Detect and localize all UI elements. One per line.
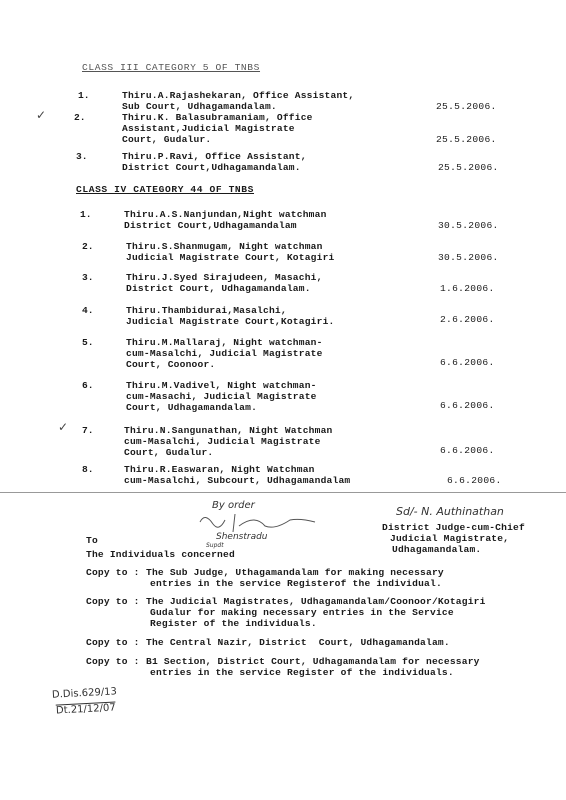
copy-to-text-line: entries in the service Registerof the in… bbox=[150, 578, 442, 589]
copy-to-label: Copy to : bbox=[86, 637, 140, 648]
entry-text-line: cum-Masalchi, Judicial Magistrate bbox=[126, 348, 323, 359]
entry-number: 2. bbox=[82, 241, 94, 252]
entry-text-line: Thiru.M.Mallaraj, Night watchman- bbox=[126, 337, 323, 348]
copy-to-text-line: B1 Section, District Court, Udhagamandal… bbox=[146, 656, 480, 667]
entry-date: 6.6.2006. bbox=[447, 475, 502, 486]
entry-text-line: Thiru.J.Syed Sirajudeen, Masachi, bbox=[126, 272, 323, 283]
entry-text-line: Judicial Magistrate Court, Kotagiri bbox=[126, 252, 335, 263]
entry-number: 1. bbox=[78, 90, 90, 101]
designation-line: Judicial Magistrate, bbox=[390, 533, 509, 544]
entry-number: 5. bbox=[82, 337, 94, 348]
divider-line bbox=[0, 492, 566, 493]
entry-text-line: Court, Udhagamandalam. bbox=[126, 402, 257, 413]
section-heading-class-iv: CLASS IV CATEGORY 44 OF TNBS bbox=[76, 184, 254, 195]
entry-text-line: Thiru.K. Balasubramaniam, Office bbox=[122, 112, 313, 123]
entry-number: 7. bbox=[82, 425, 94, 436]
copy-to-label: Copy to : bbox=[86, 656, 140, 667]
entry-number: 8. bbox=[82, 464, 94, 475]
entry-date: 6.6.2006. bbox=[440, 357, 495, 368]
entry-number: 6. bbox=[82, 380, 94, 391]
entry-text-line: Sub Court, Udhagamandalam. bbox=[122, 101, 277, 112]
entry-date: 25.5.2006. bbox=[436, 134, 497, 145]
entry-text-line: Assistant,Judicial Magistrate bbox=[122, 123, 295, 134]
entry-text-line: Thiru.A.S.Nanjundan,Night watchman bbox=[124, 209, 327, 220]
recipient: The Individuals concerned bbox=[86, 549, 235, 560]
entry-text-line: Thiru.A.Rajashekaran, Office Assistant, bbox=[122, 90, 354, 101]
entry-text-line: cum-Masachi, Judicial Magistrate bbox=[126, 391, 317, 402]
entry-text-line: Thiru.S.Shanmugam, Night watchman bbox=[126, 241, 323, 252]
signature-scribble-icon bbox=[195, 510, 325, 534]
check-mark-icon: ✓ bbox=[36, 108, 46, 122]
copy-to-text-line: Gudalur for making necessary entries in … bbox=[150, 607, 454, 618]
entry-text-line: Court, Coonoor. bbox=[126, 359, 215, 370]
entry-number: 2. bbox=[74, 112, 86, 123]
handwritten-reference-number: D.Dis.629/13 bbox=[52, 686, 117, 700]
entry-date: 25.5.2006. bbox=[438, 162, 499, 173]
entry-text-line: Thiru.Thambidurai,Masalchi, bbox=[126, 305, 287, 316]
copy-to-text-line: The Sub Judge, Uthagamandalam for making… bbox=[146, 567, 444, 578]
entry-date: 6.6.2006. bbox=[440, 445, 495, 456]
entry-number: 4. bbox=[82, 305, 94, 316]
designation-line: Udhagamandalam. bbox=[392, 544, 481, 555]
entry-date: 30.5.2006. bbox=[438, 252, 499, 263]
entry-date: 25.5.2006. bbox=[436, 101, 497, 112]
entry-number: 1. bbox=[80, 209, 92, 220]
entry-date: 6.6.2006. bbox=[440, 400, 495, 411]
entry-text-line: District Court,Udhagamandalam. bbox=[122, 162, 301, 173]
handwritten-reference-date: Dt.21/12/07 bbox=[56, 702, 116, 716]
entry-date: 1.6.2006. bbox=[440, 283, 495, 294]
entry-text-line: District Court, Udhagamandalam. bbox=[126, 283, 311, 294]
entry-number: 3. bbox=[82, 272, 94, 283]
signed-by-handwriting: Sd/- N. Authinathan bbox=[396, 505, 504, 518]
copy-to-text-line: entries in the service Register of the i… bbox=[150, 667, 454, 678]
copy-to-text-line: Register of the individuals. bbox=[150, 618, 317, 629]
entry-date: 2.6.2006. bbox=[440, 314, 495, 325]
entry-text-line: Thiru.R.Easwaran, Night Watchman bbox=[124, 464, 315, 475]
designation-line: District Judge-cum-Chief bbox=[382, 522, 525, 533]
entry-text-line: cum-Masalchi, Subcourt, Udhagamandalam bbox=[124, 475, 350, 486]
copy-to-label: Copy to : bbox=[86, 596, 140, 607]
document-page: CLASS III CATEGORY 5 OF TNBS 1.Thiru.A.R… bbox=[0, 0, 566, 800]
copy-to-text-line: The Central Nazir, District Court, Udhag… bbox=[146, 637, 450, 648]
entry-date: 30.5.2006. bbox=[438, 220, 499, 231]
section-heading-class-iii: CLASS III CATEGORY 5 OF TNBS bbox=[82, 62, 260, 73]
copy-to-text-line: The Judicial Magistrates, Udhagamandalam… bbox=[146, 596, 486, 607]
entry-text-line: Thiru.M.Vadivel, Night watchman- bbox=[126, 380, 317, 391]
entry-text-line: Judicial Magistrate Court,Kotagiri. bbox=[126, 316, 335, 327]
by-order-initial: Supdt bbox=[206, 542, 224, 549]
to-label: To bbox=[86, 535, 98, 546]
by-order-signature: Shenstradu bbox=[216, 532, 268, 542]
check-mark-icon: ✓ bbox=[58, 420, 68, 434]
entry-text-line: Court, Gudalur. bbox=[122, 134, 211, 145]
entry-text-line: Thiru.P.Ravi, Office Assistant, bbox=[122, 151, 307, 162]
entry-text-line: District Court,Udhagamandalam bbox=[124, 220, 297, 231]
entry-text-line: Court, Gudalur. bbox=[124, 447, 213, 458]
entry-text-line: Thiru.N.Sangunathan, Night Watchman bbox=[124, 425, 333, 436]
entry-number: 3. bbox=[76, 151, 88, 162]
entry-text-line: cum-Masalchi, Judicial Magistrate bbox=[124, 436, 321, 447]
copy-to-label: Copy to : bbox=[86, 567, 140, 578]
